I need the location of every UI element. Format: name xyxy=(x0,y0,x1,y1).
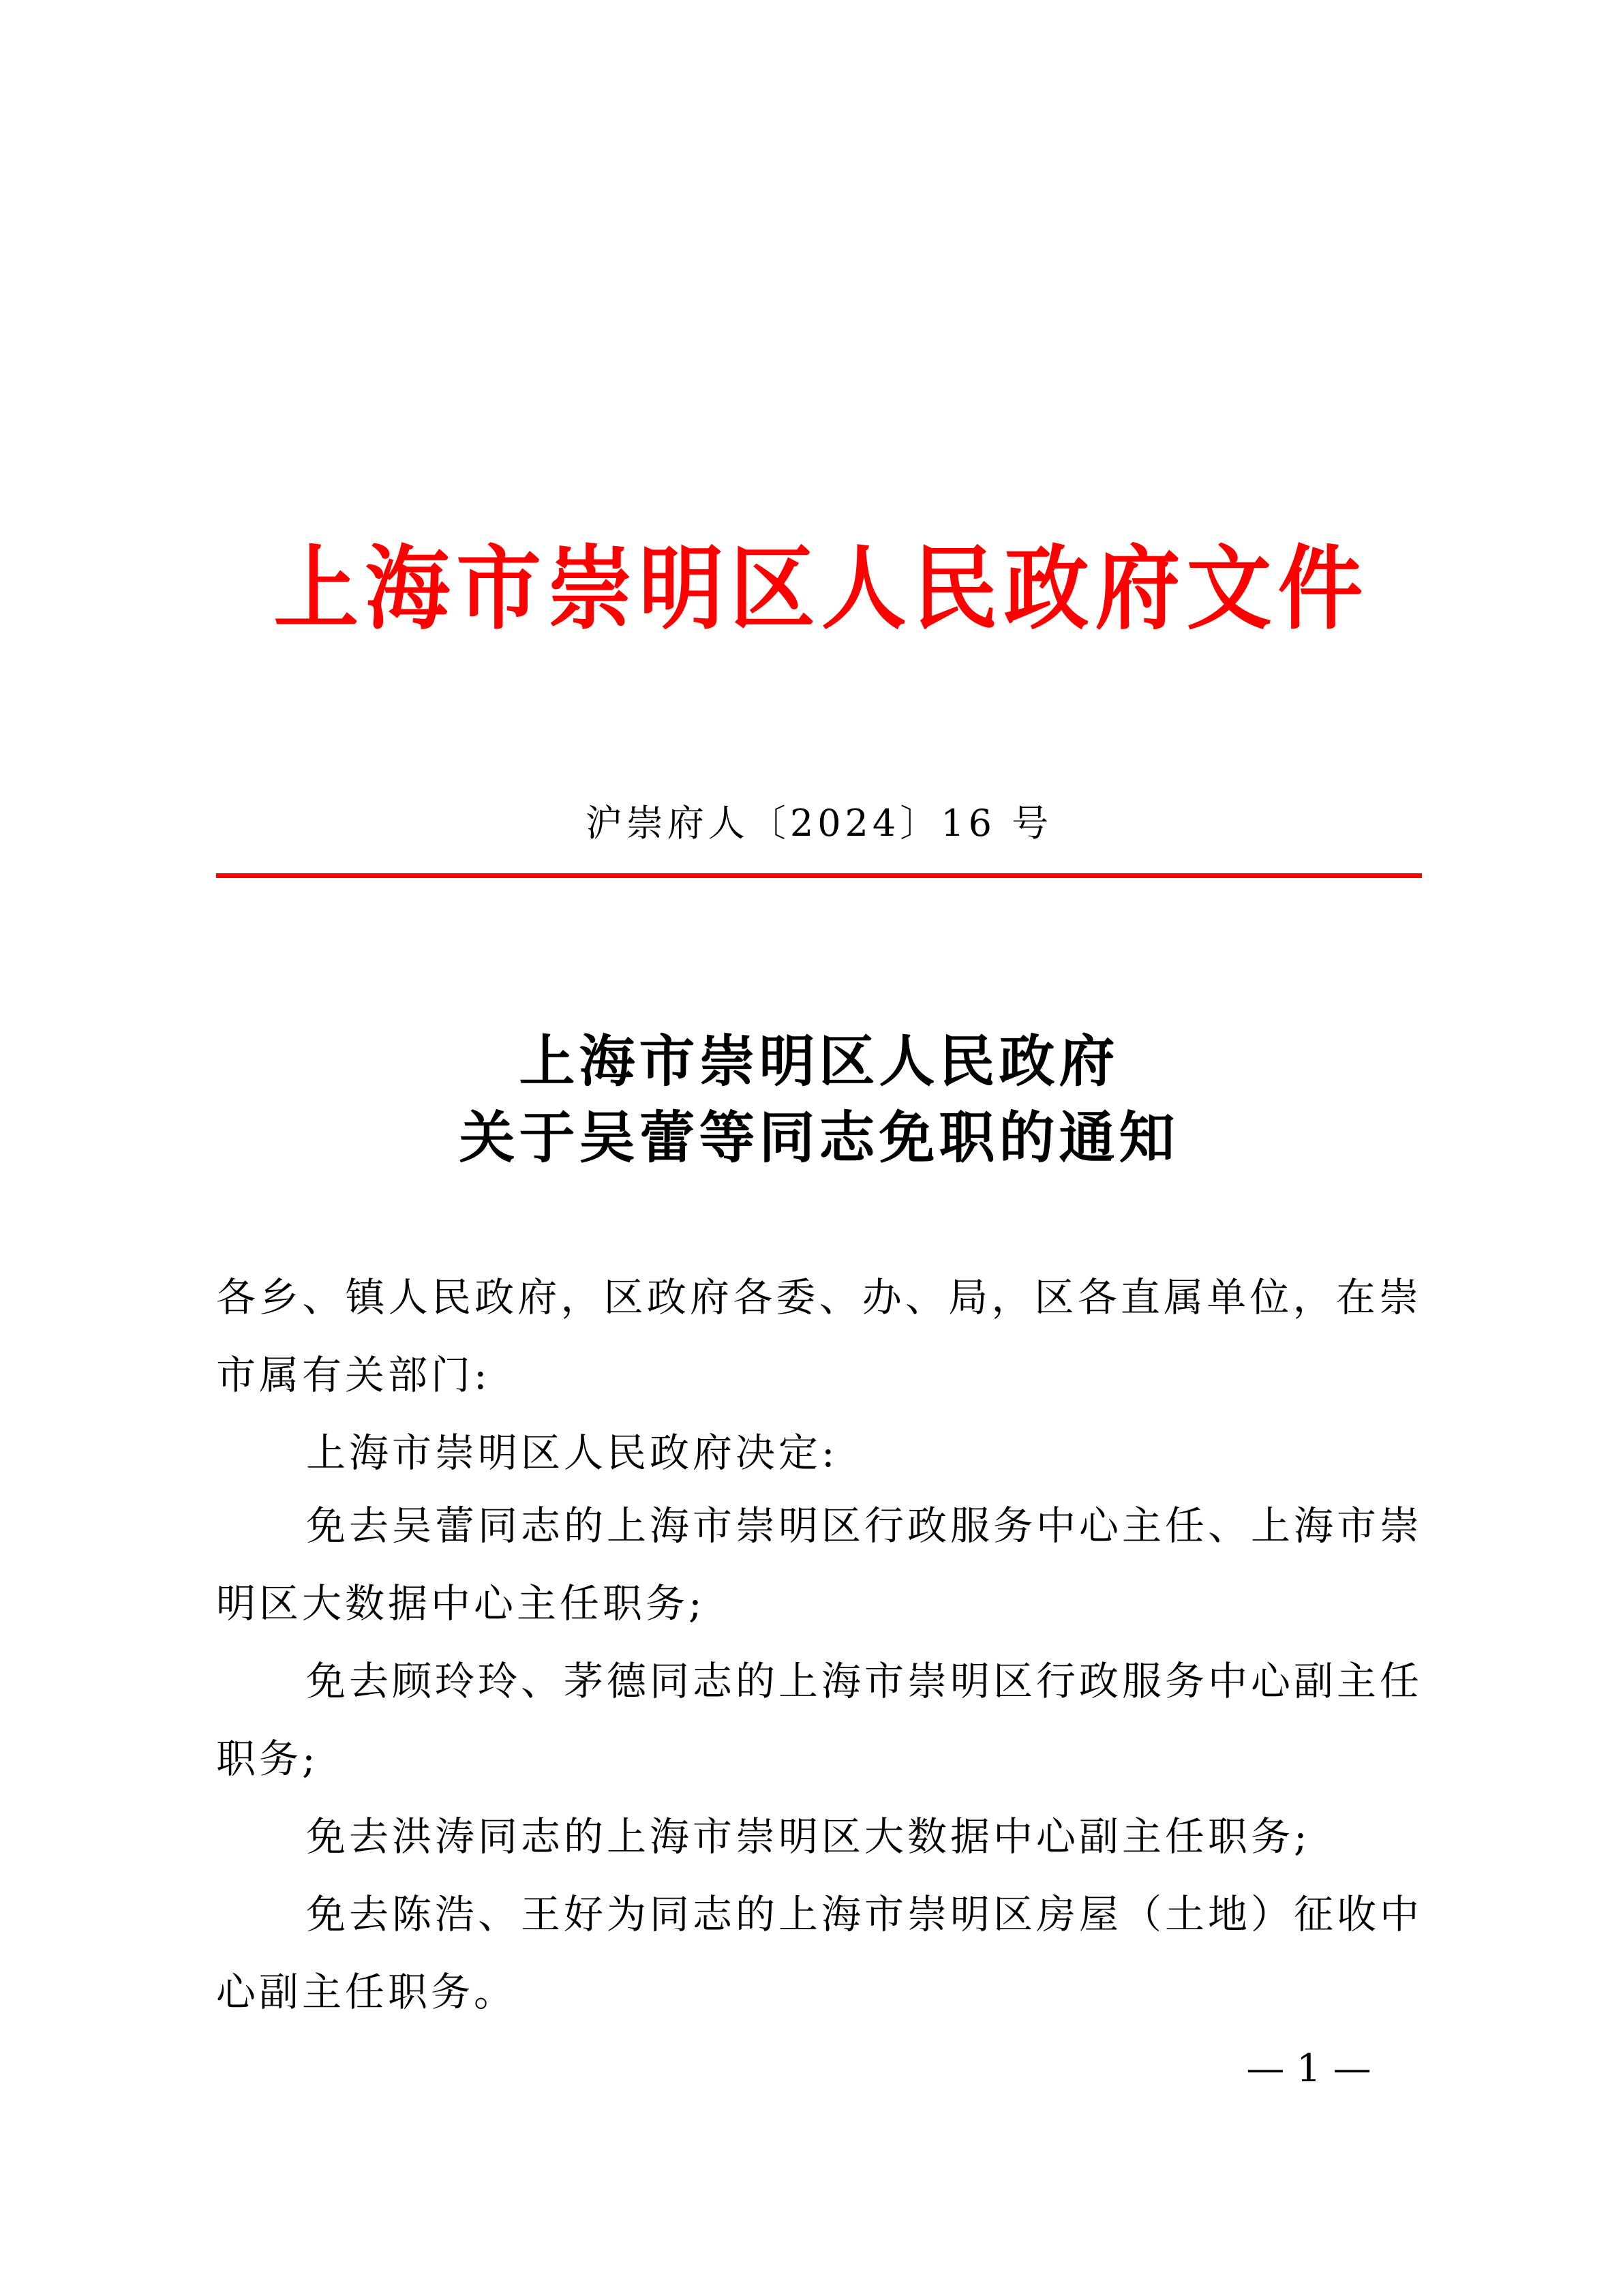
body-line-dismissal-4-cont: 心副主任职务。 xyxy=(216,1953,1422,2031)
body-line-dismissal-1-cont: 明区大数据中心主任职务; xyxy=(216,1565,1422,1642)
document-title-line-2: 关于吴蕾等同志免职的通知 xyxy=(216,1100,1422,1176)
body-line-dismissal-2-cont: 职务; xyxy=(216,1720,1422,1798)
body-line-recipients-cont: 市属有关部门: xyxy=(216,1336,1422,1414)
body-line-recipients: 各乡、镇人民政府，区政府各委、办、局，区各直属单位，在崇 xyxy=(216,1258,1422,1336)
page-number: — 1 — xyxy=(1227,2049,1391,2089)
body-line-dismissal-1: 免去吴蕾同志的上海市崇明区行政服务中心主任、上海市崇 xyxy=(216,1487,1422,1565)
body-line-decision-intro: 上海市崇明区人民政府决定: xyxy=(216,1414,1422,1492)
issuer-header: 上海市崇明区人民政府文件 xyxy=(267,530,1376,646)
document-number: 沪崇府人〔2024〕16 号 xyxy=(216,796,1422,851)
document-title-line-1: 上海市崇明区人民政府 xyxy=(216,1023,1422,1100)
body-line-dismissal-2: 免去顾玲玲、茅德同志的上海市崇明区行政服务中心副主任 xyxy=(216,1642,1422,1720)
body-line-dismissal-4: 免去陈浩、王好为同志的上海市崇明区房屋（土地）征收中 xyxy=(216,1875,1422,1953)
body-line-dismissal-3: 免去洪涛同志的上海市崇明区大数据中心副主任职务; xyxy=(216,1798,1422,1875)
document-page: 上海市崇明区人民政府文件 沪崇府人〔2024〕16 号 上海市崇明区人民政府 关… xyxy=(0,0,1623,2296)
red-divider-rule xyxy=(216,873,1422,878)
